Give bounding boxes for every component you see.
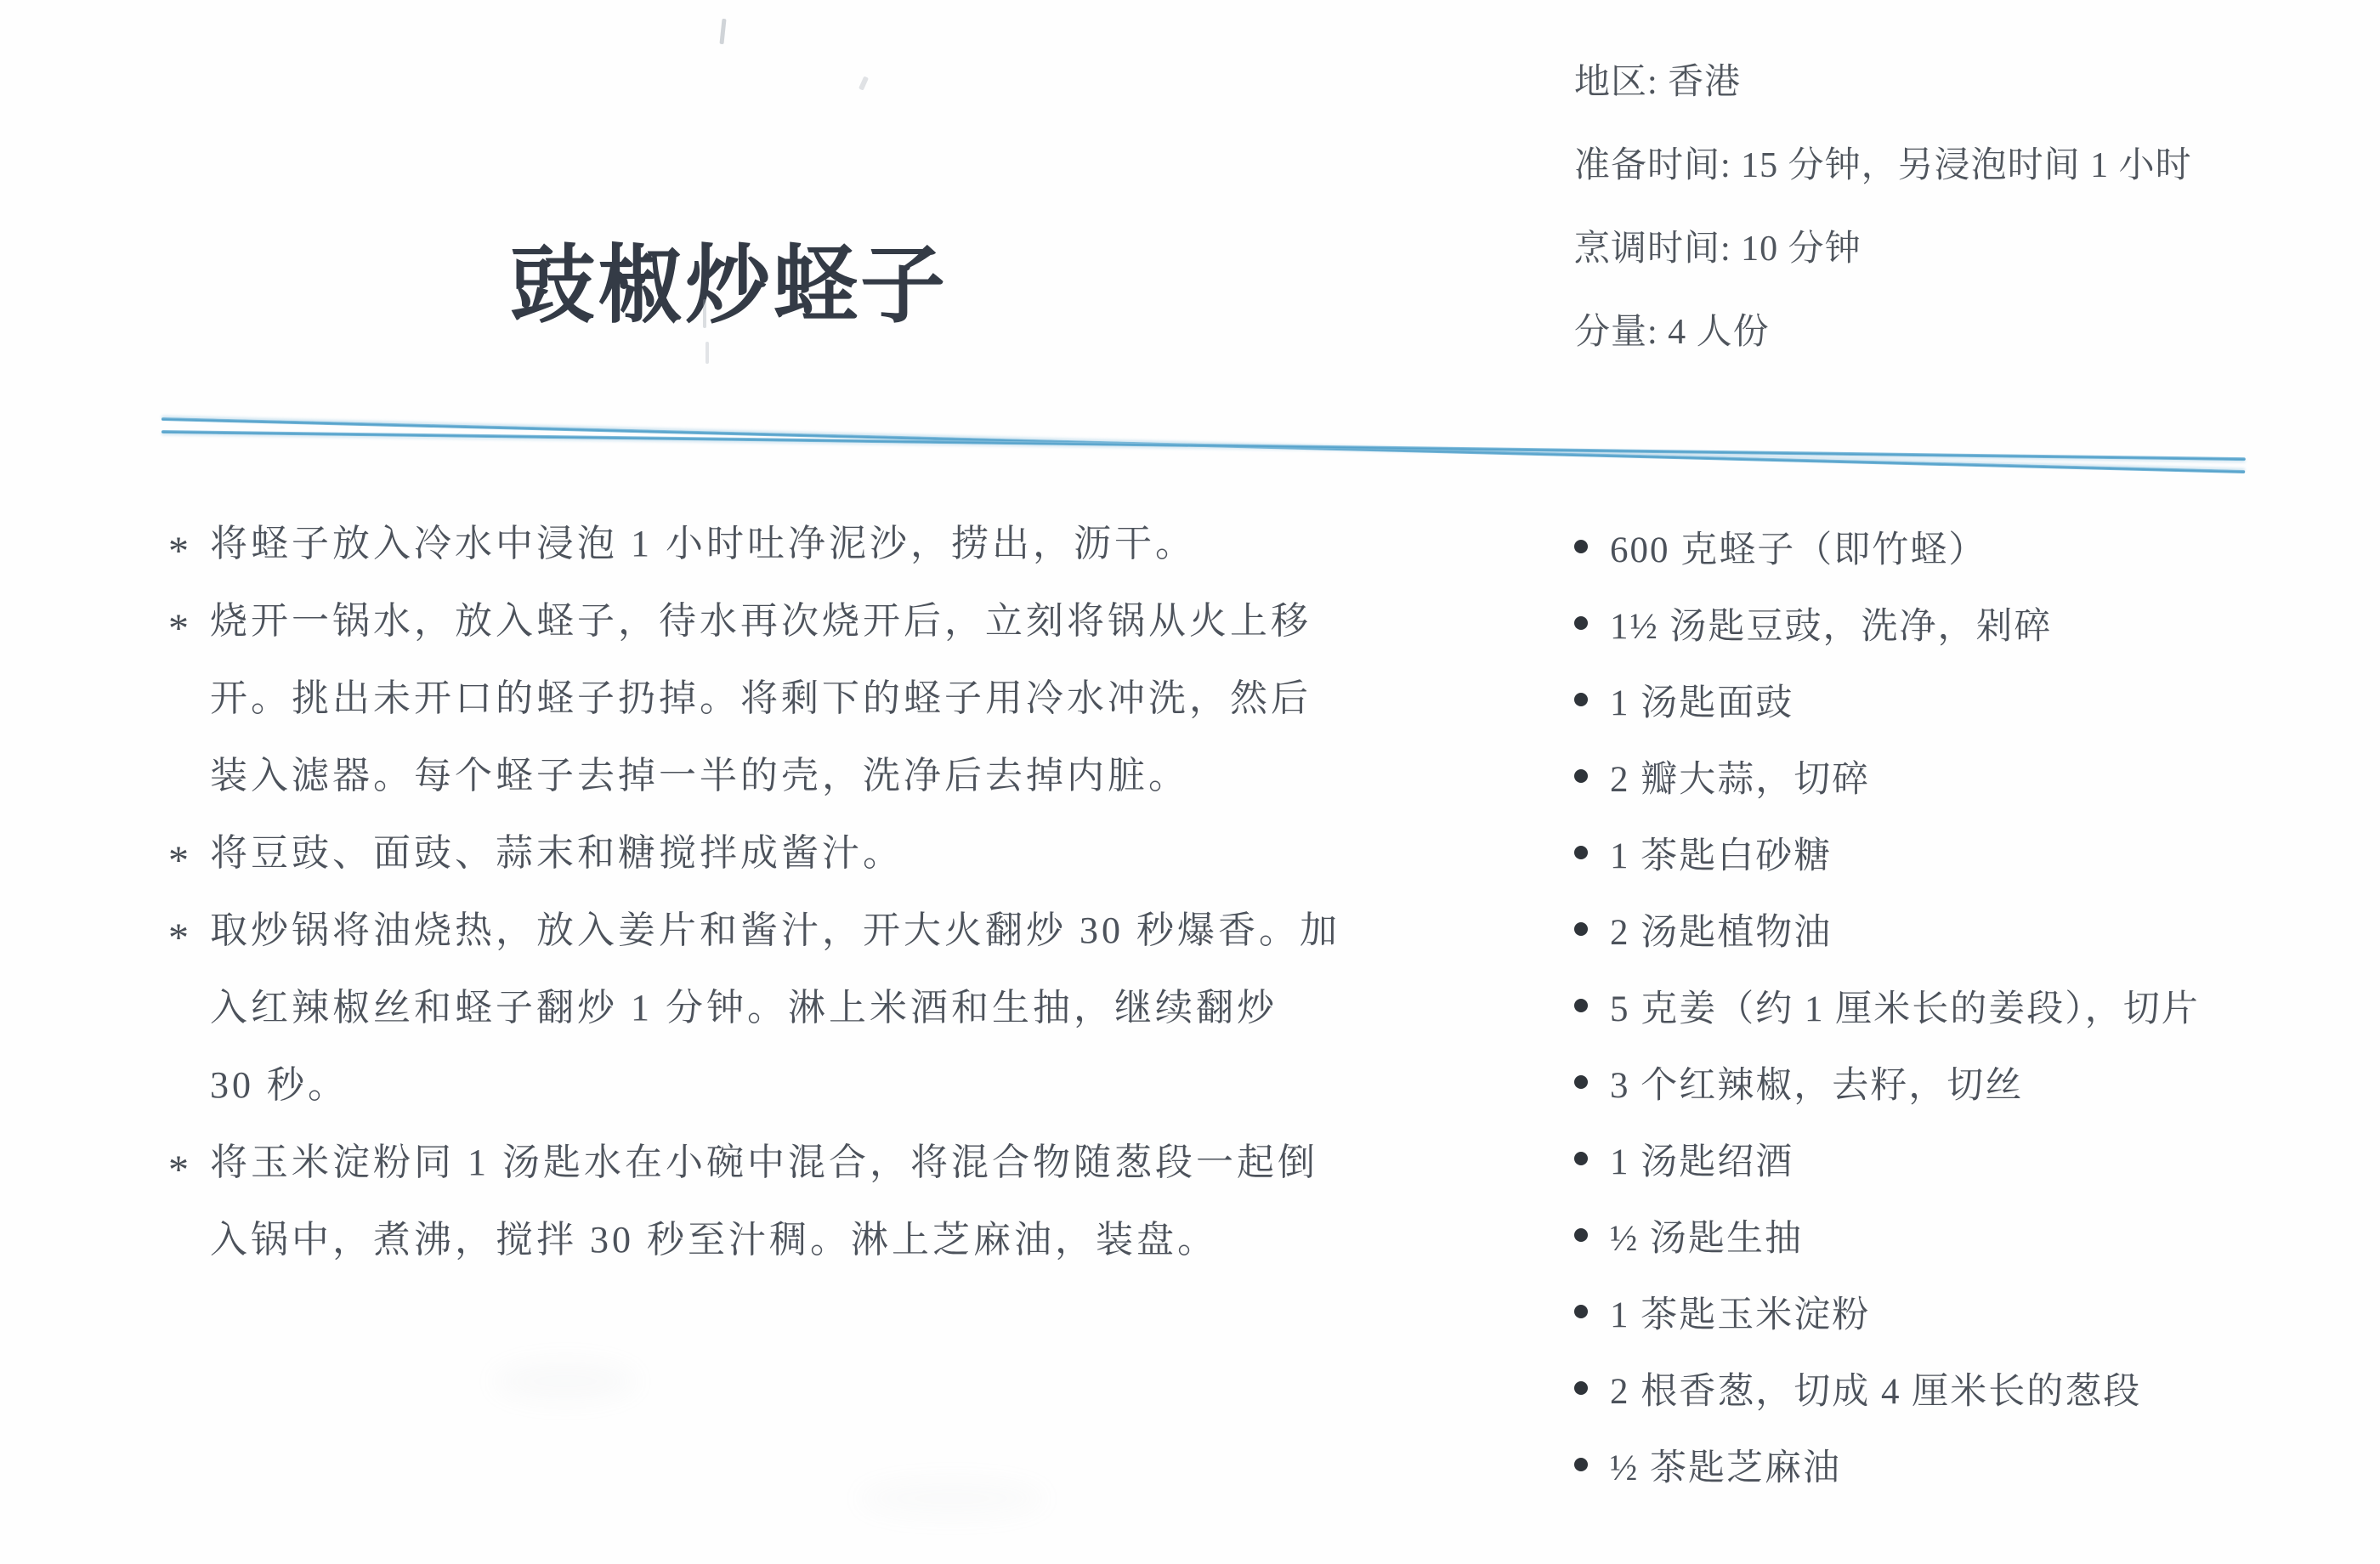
instructions-column: * 将蛏子放入冷水中浸泡 1 小时吐净泥沙，捞出，沥干。 * 烧开一锅水，放入蛏… xyxy=(0,505,1445,1278)
step-asterisk-marker: * xyxy=(168,590,189,667)
scan-smudge xyxy=(858,1479,1045,1518)
divider-line-lower xyxy=(161,430,2246,461)
ingredient-text: 600 克蛏子（即竹蛏） xyxy=(1610,521,1986,573)
step-asterisk-marker: * xyxy=(168,822,189,899)
ingredient-text: 2 瓣大蒜，切碎 xyxy=(1610,751,1870,802)
scan-smudge xyxy=(493,1360,637,1402)
instruction-text: 装入滤器。每个蛏子去掉一半的壳，洗净后去掉内脏。 xyxy=(210,737,1445,814)
ingredient-text: 1 汤匙面豉 xyxy=(1610,674,1793,726)
scan-speck xyxy=(703,299,706,328)
bullet-dot-icon xyxy=(1574,1228,1588,1242)
ingredient-item: 1½ 汤匙豆豉，洗净，剁碎 xyxy=(1574,585,2373,661)
instruction-line: * 将蛏子放入冷水中浸泡 1 小时吐净泥沙，捞出，沥干。 xyxy=(0,505,1445,582)
ingredient-text: ½ 汤匙生抽 xyxy=(1610,1210,1803,1261)
instruction-line: * 取炒锅将油烧热，放入姜片和酱汁，开大火翻炒 30 秒爆香。加 xyxy=(0,892,1445,969)
ingredient-item: ½ 茶匙芝麻油 xyxy=(1574,1426,2373,1503)
ingredient-item: 1 汤匙绍酒 xyxy=(1574,1120,2373,1197)
instruction-line: 开。挑出未开口的蛏子扔掉。将剩下的蛏子用冷水冲洗，然后 xyxy=(0,660,1445,737)
bullet-dot-icon xyxy=(1574,769,1588,783)
recipe-title: 豉椒炒蛏子 xyxy=(510,217,948,339)
bullet-dot-icon xyxy=(1574,616,1588,630)
scan-speck xyxy=(705,342,709,364)
bullet-dot-icon xyxy=(1574,846,1588,859)
ingredient-item: 5 克姜（约 1 厘米长的姜段），切片 xyxy=(1574,967,2373,1044)
ingredient-item: ½ 汤匙生抽 xyxy=(1574,1197,2373,1273)
recipe-meta-block: 地区: 香港 准备时间: 15 分钟，另浸泡时间 1 小时 烹调时间: 10 分… xyxy=(1574,41,2192,374)
bullet-dot-icon xyxy=(1574,1152,1588,1165)
ingredient-item: 2 根香葱，切成 4 厘米长的葱段 xyxy=(1574,1350,2373,1426)
bullet-dot-icon xyxy=(1574,693,1588,706)
instruction-line: * 将玉米淀粉同 1 汤匙水在小碗中混合，将混合物随葱段一起倒 xyxy=(0,1124,1445,1201)
instruction-line: 装入滤器。每个蛏子去掉一半的壳，洗净后去掉内脏。 xyxy=(0,737,1445,814)
ingredient-text: 5 克姜（约 1 厘米长的姜段），切片 xyxy=(1610,980,2200,1032)
scan-speck xyxy=(719,19,726,44)
ingredient-text: ½ 茶匙芝麻油 xyxy=(1610,1439,1841,1491)
instruction-line: 入锅中，煮沸，搅拌 30 秒至汁稠。淋上芝麻油，装盘。 xyxy=(0,1201,1445,1278)
bullet-dot-icon xyxy=(1574,1305,1588,1318)
instruction-text: 开。挑出未开口的蛏子扔掉。将剩下的蛏子用冷水冲洗，然后 xyxy=(210,660,1445,737)
scan-speck xyxy=(858,76,869,90)
ingredient-text: 1 汤匙绍酒 xyxy=(1610,1133,1793,1185)
instruction-text: 取炒锅将油烧热，放入姜片和酱汁，开大火翻炒 30 秒爆香。加 xyxy=(210,892,1445,969)
ingredient-item: 600 克蛏子（即竹蛏） xyxy=(1574,508,2373,585)
meta-line-region: 地区: 香港 xyxy=(1574,41,2192,124)
instruction-text: 入锅中，煮沸，搅拌 30 秒至汁稠。淋上芝麻油，装盘。 xyxy=(210,1201,1445,1278)
instruction-text: 30 秒。 xyxy=(210,1046,1445,1124)
instruction-line: 30 秒。 xyxy=(0,1046,1445,1124)
instruction-text: 将豆豉、面豉、蒜末和糖搅拌成酱汁。 xyxy=(210,814,1445,892)
ingredient-item: 2 汤匙植物油 xyxy=(1574,891,2373,967)
step-asterisk-marker: * xyxy=(168,513,189,590)
ingredient-item: 3 个红辣椒，去籽，切丝 xyxy=(1574,1044,2373,1120)
step-asterisk-marker: * xyxy=(168,899,189,977)
recipe-page: 豉椒炒蛏子 地区: 香港 准备时间: 15 分钟，另浸泡时间 1 小时 烹调时间… xyxy=(0,0,2380,1564)
ingredient-text: 3 个红辣椒，去籽，切丝 xyxy=(1610,1057,2023,1108)
ingredient-item: 1 茶匙白砂糖 xyxy=(1574,814,2373,891)
instruction-line: * 将豆豉、面豉、蒜末和糖搅拌成酱汁。 xyxy=(0,814,1445,892)
ingredient-text: 1½ 汤匙豆豉，洗净，剁碎 xyxy=(1610,598,2053,649)
instruction-text: 入红辣椒丝和蛏子翻炒 1 分钟。淋上米酒和生抽，继续翻炒 xyxy=(210,969,1445,1046)
bullet-dot-icon xyxy=(1574,1381,1588,1395)
step-asterisk-marker: * xyxy=(168,1131,189,1209)
bullet-dot-icon xyxy=(1574,540,1588,553)
ingredient-text: 1 茶匙白砂糖 xyxy=(1610,827,1832,879)
ingredients-column: 600 克蛏子（即竹蛏） 1½ 汤匙豆豉，洗净，剁碎 1 汤匙面豉 2 瓣大蒜，… xyxy=(1574,508,2373,1503)
ingredient-item: 2 瓣大蒜，切碎 xyxy=(1574,738,2373,814)
instruction-line: 入红辣椒丝和蛏子翻炒 1 分钟。淋上米酒和生抽，继续翻炒 xyxy=(0,969,1445,1046)
meta-line-servings: 分量: 4 人份 xyxy=(1574,291,2192,374)
ingredient-text: 2 根香葱，切成 4 厘米长的葱段 xyxy=(1610,1363,2141,1414)
instruction-text: 将玉米淀粉同 1 汤匙水在小碗中混合，将混合物随葱段一起倒 xyxy=(210,1124,1445,1201)
instruction-text: 将蛏子放入冷水中浸泡 1 小时吐净泥沙，捞出，沥干。 xyxy=(210,505,1445,582)
meta-line-prep-time: 准备时间: 15 分钟，另浸泡时间 1 小时 xyxy=(1574,124,2192,207)
ingredient-text: 2 汤匙植物油 xyxy=(1610,904,1832,955)
bullet-dot-icon xyxy=(1574,1075,1588,1089)
ingredient-item: 1 茶匙玉米淀粉 xyxy=(1574,1273,2373,1350)
ingredient-item: 1 汤匙面豉 xyxy=(1574,661,2373,738)
bullet-dot-icon xyxy=(1574,922,1588,936)
ingredient-text: 1 茶匙玉米淀粉 xyxy=(1610,1286,1870,1338)
bullet-dot-icon xyxy=(1574,1458,1588,1471)
instruction-text: 烧开一锅水，放入蛏子，待水再次烧开后，立刻将锅从火上移 xyxy=(210,582,1445,660)
instruction-line: * 烧开一锅水，放入蛏子，待水再次烧开后，立刻将锅从火上移 xyxy=(0,582,1445,660)
meta-line-cook-time: 烹调时间: 10 分钟 xyxy=(1574,207,2192,291)
bullet-dot-icon xyxy=(1574,999,1588,1012)
